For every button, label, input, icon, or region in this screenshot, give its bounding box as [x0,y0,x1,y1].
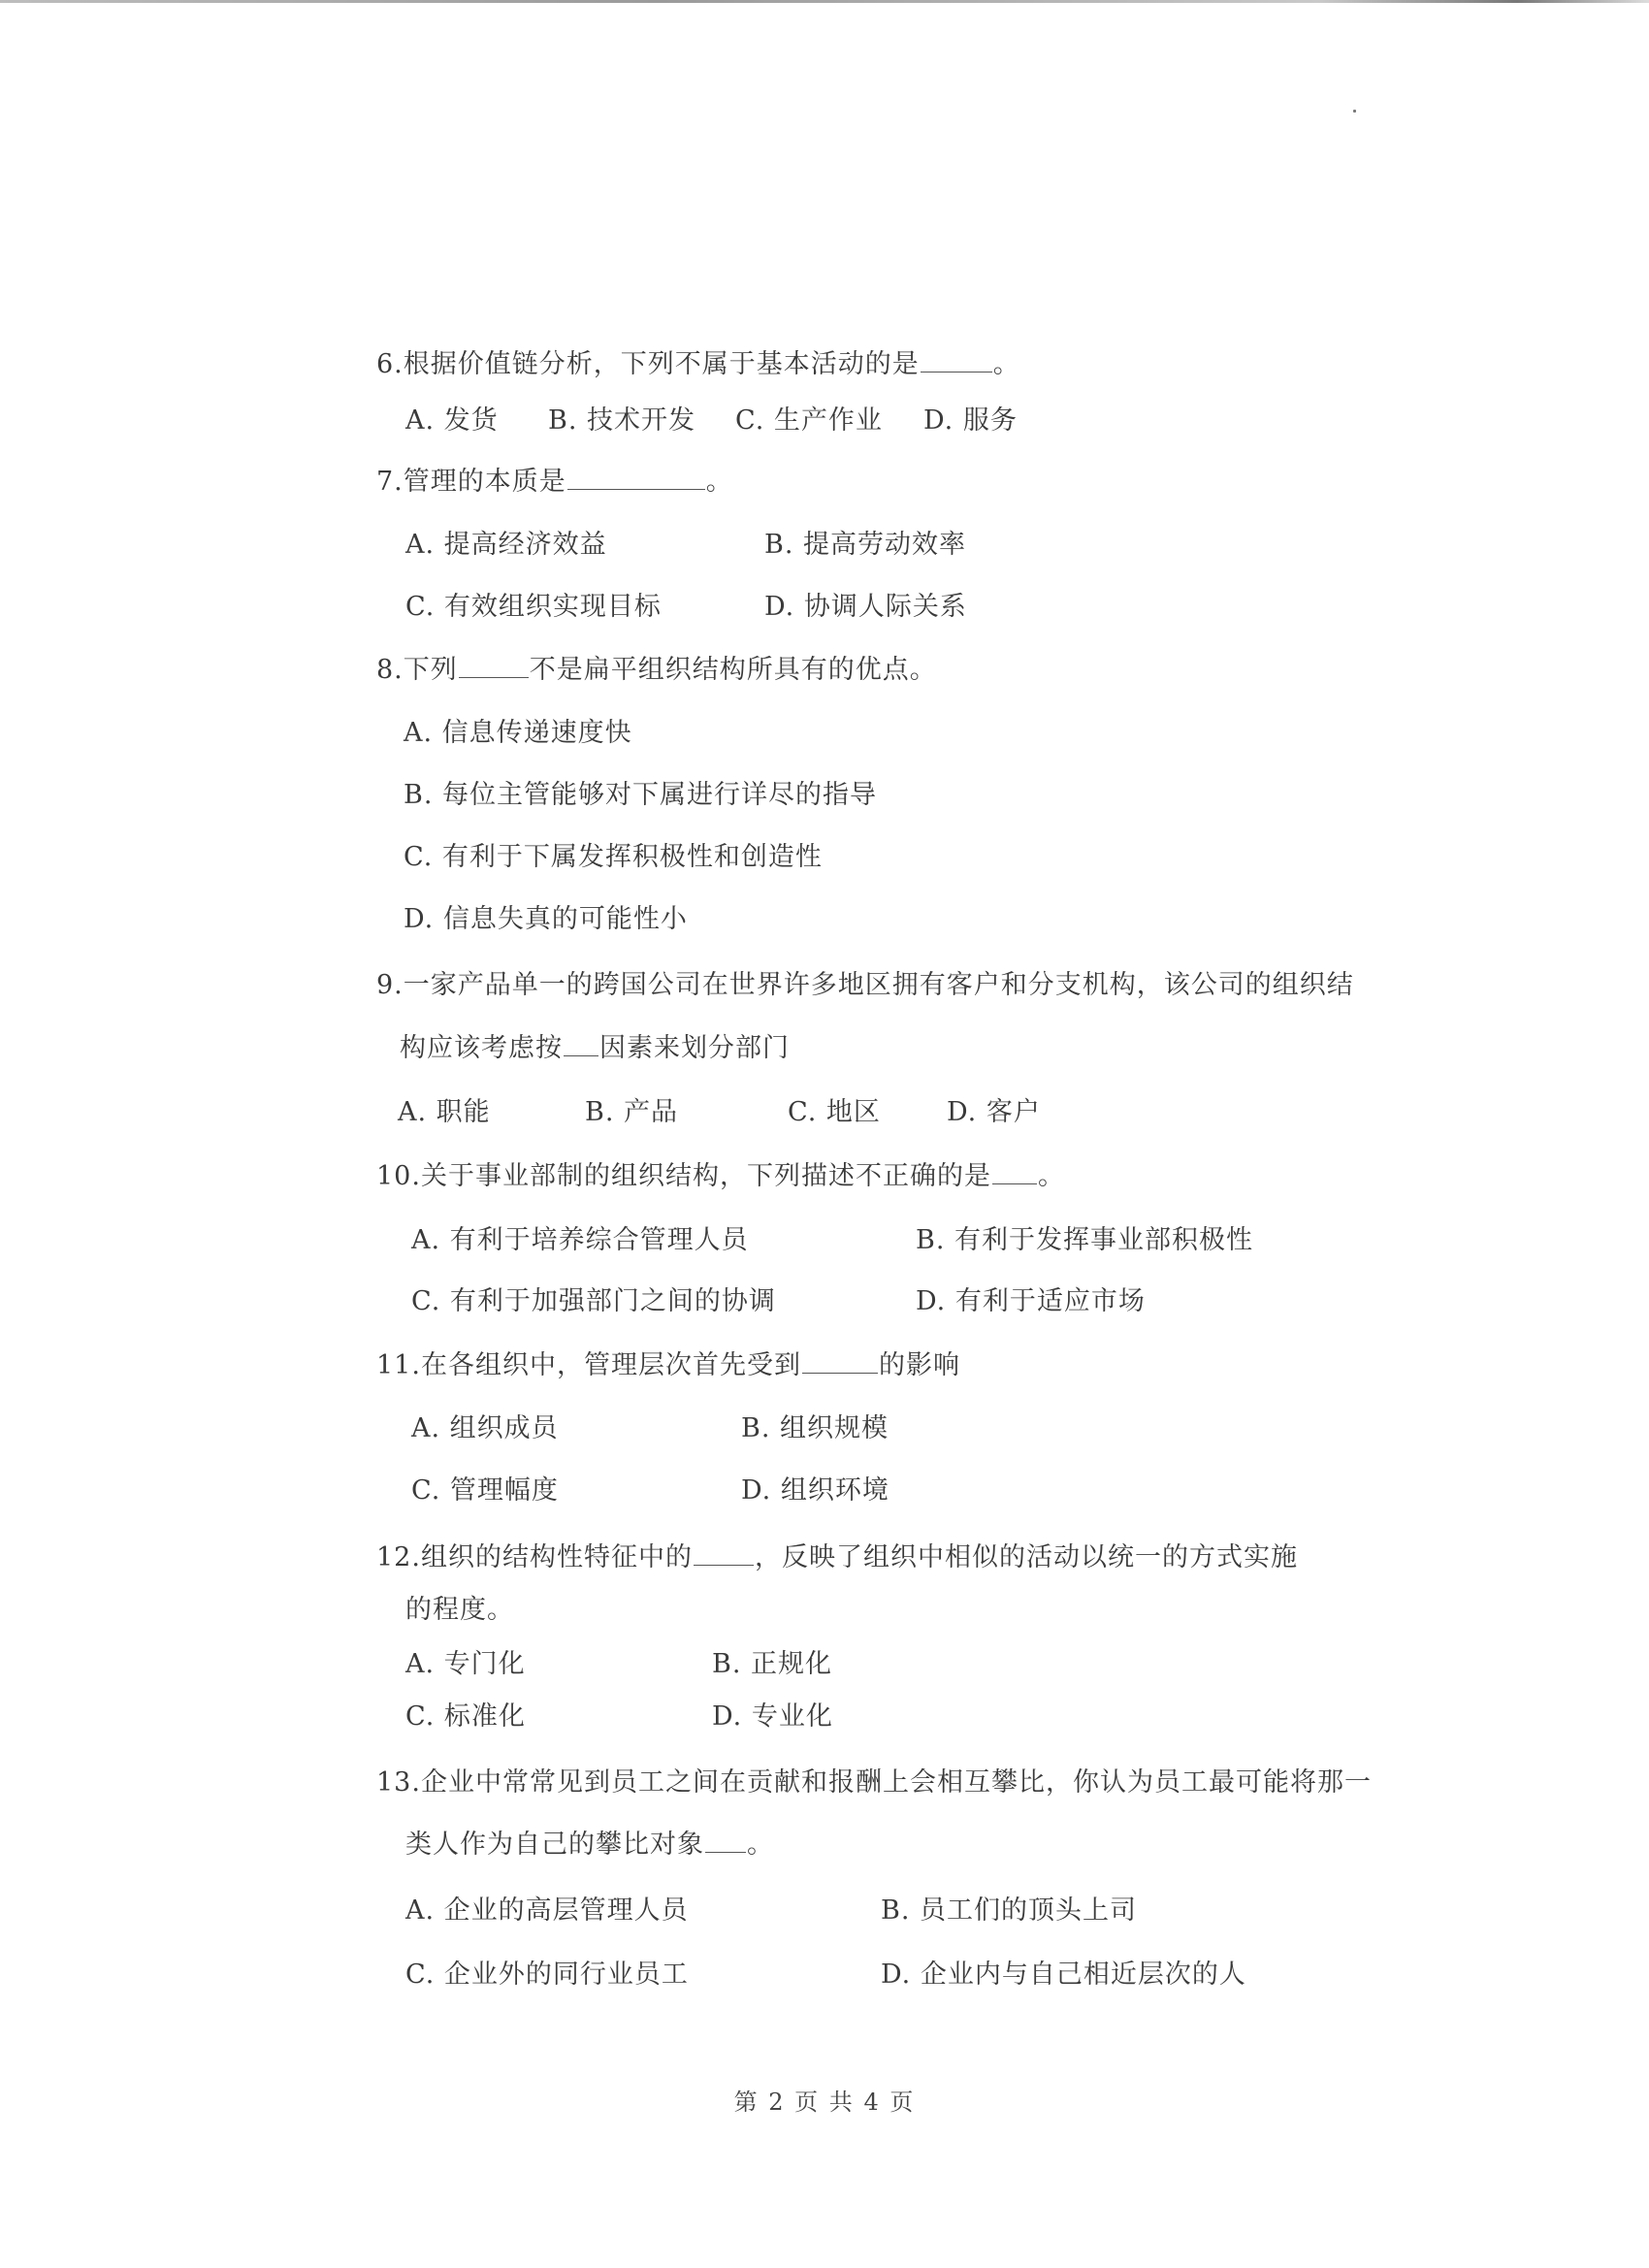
question-text-end: 不是扁平组织结构所具有的优点。 [530,655,937,685]
option-a: A. 组织成员 [411,1415,559,1442]
answer-blank [992,1183,1037,1184]
answer-blank [694,1564,754,1566]
question-text: 组织的结构性特征中的 [421,1542,693,1572]
question-text: 根据价值链分析，下列不属于基本活动的是 [404,349,920,379]
option-a: A. 职能 [398,1099,491,1125]
page-footer: 第 2 页 共 4 页 [0,2083,1649,2117]
option-c: C. 有利于下属发挥积极性和创造性 [404,844,823,870]
question-text: 在各组织中，管理层次首先受到 [421,1350,801,1380]
question-text-end: 。 [706,467,733,497]
question-11-stem: 11.在各组织中，管理层次首先受到的影响 [376,1352,960,1378]
question-text-end: 。 [993,349,1020,379]
option-b: B. 提高劳动效率 [764,532,966,558]
question-number: 10. [376,1161,421,1191]
question-text-end: 。 [747,1830,774,1860]
question-number: 7. [376,467,404,497]
scan-edge [0,0,1649,3]
question-text-end: 的影响 [879,1350,960,1380]
answer-blank [921,371,992,373]
question-text: 构应该考虑按 [400,1033,563,1063]
option-c: C. 标准化 [405,1703,526,1730]
question-number: 9. [376,970,404,1000]
option-c: C. 企业外的同行业员工 [405,1961,689,1988]
option-b: B. 有利于发挥事业部积极性 [916,1227,1253,1253]
question-12-stem: 12.组织的结构性特征中的，反映了组织中相似的活动以统一的方式实施 [376,1544,1298,1571]
question-text: 企业中常常见到员工之间在贡献和报酬上会相互攀比，你认为员工最可能将那一 [421,1767,1372,1798]
question-6-stem: 6.根据价值链分析，下列不属于基本活动的是。 [376,351,1020,377]
answer-blank [567,488,705,490]
option-c: C. 有利于加强部门之间的协调 [411,1288,776,1314]
answer-blank [802,1372,878,1374]
question-number: 13. [376,1767,421,1798]
answer-blank [705,1851,746,1853]
answer-blank [459,676,529,678]
option-b: B. 正规化 [712,1651,832,1677]
answer-blank [564,1054,598,1056]
question-text-end: 因素来划分部门 [599,1033,790,1063]
option-d: D. 信息失真的可能性小 [404,906,688,932]
question-12-stem-line2: 的程度。 [405,1597,514,1623]
question-text-end: ，反映了组织中相似的活动以统一的方式实施 [755,1542,1298,1572]
option-a: A. 信息传递速度快 [404,720,632,746]
option-a: A. 有利于培养综合管理人员 [411,1227,749,1253]
option-a: A. 企业的高层管理人员 [405,1897,689,1924]
option-a: A. 提高经济效益 [405,532,607,558]
scan-speck [1353,110,1356,113]
question-9-stem-line2: 构应该考虑按因素来划分部门 [400,1035,790,1061]
question-number: 12. [376,1542,421,1572]
question-number: 11. [376,1350,421,1380]
option-a: A. 发货 [405,407,499,434]
option-a: A. 专门化 [405,1651,526,1677]
option-c: C. 地区 [788,1099,881,1125]
question-10-stem: 10.关于事业部制的组织结构，下列描述不正确的是。 [376,1163,1065,1189]
question-13-stem-line1: 13.企业中常常见到员工之间在贡献和报酬上会相互攀比，你认为员工最可能将那一 [376,1769,1372,1796]
question-8-stem: 8.下列不是扁平组织结构所具有的优点。 [376,657,937,683]
option-d: D. 协调人际关系 [764,594,967,620]
option-d: D. 组织环境 [741,1477,889,1504]
question-text: 管理的本质是 [404,467,566,497]
option-b: B. 组织规模 [741,1415,889,1442]
option-d: D. 企业内与自己相近层次的人 [881,1961,1246,1988]
option-c: C. 管理幅度 [411,1477,559,1504]
option-b: B. 技术开发 [548,407,695,434]
question-9-stem-line1: 9.一家产品单一的跨国公司在世界许多地区拥有客户和分支机构，该公司的组织结 [376,972,1354,998]
question-number: 8. [376,655,404,685]
option-b: B. 每位主管能够对下属进行详尽的指导 [404,782,877,808]
option-b: B. 员工们的顶头上司 [881,1897,1137,1924]
question-text-end: 。 [1038,1161,1065,1191]
option-c: C. 有效组织实现目标 [405,594,662,620]
question-text: 类人作为自己的攀比对象 [405,1830,704,1860]
option-c: C. 生产作业 [735,407,883,434]
question-text: 关于事业部制的组织结构，下列描述不正确的是 [421,1161,991,1191]
option-d: D. 有利于适应市场 [916,1288,1146,1314]
option-b: B. 产品 [585,1099,678,1125]
option-d: D. 专业化 [712,1703,833,1730]
question-13-stem-line2: 类人作为自己的攀比对象。 [405,1831,774,1858]
option-d: D. 服务 [923,407,1018,434]
question-number: 6. [376,349,404,379]
question-text: 一家产品单一的跨国公司在世界许多地区拥有客户和分支机构，该公司的组织结 [404,970,1354,1000]
option-d: D. 客户 [947,1099,1041,1125]
question-text: 下列 [404,655,458,685]
question-7-stem: 7.管理的本质是。 [376,469,733,495]
